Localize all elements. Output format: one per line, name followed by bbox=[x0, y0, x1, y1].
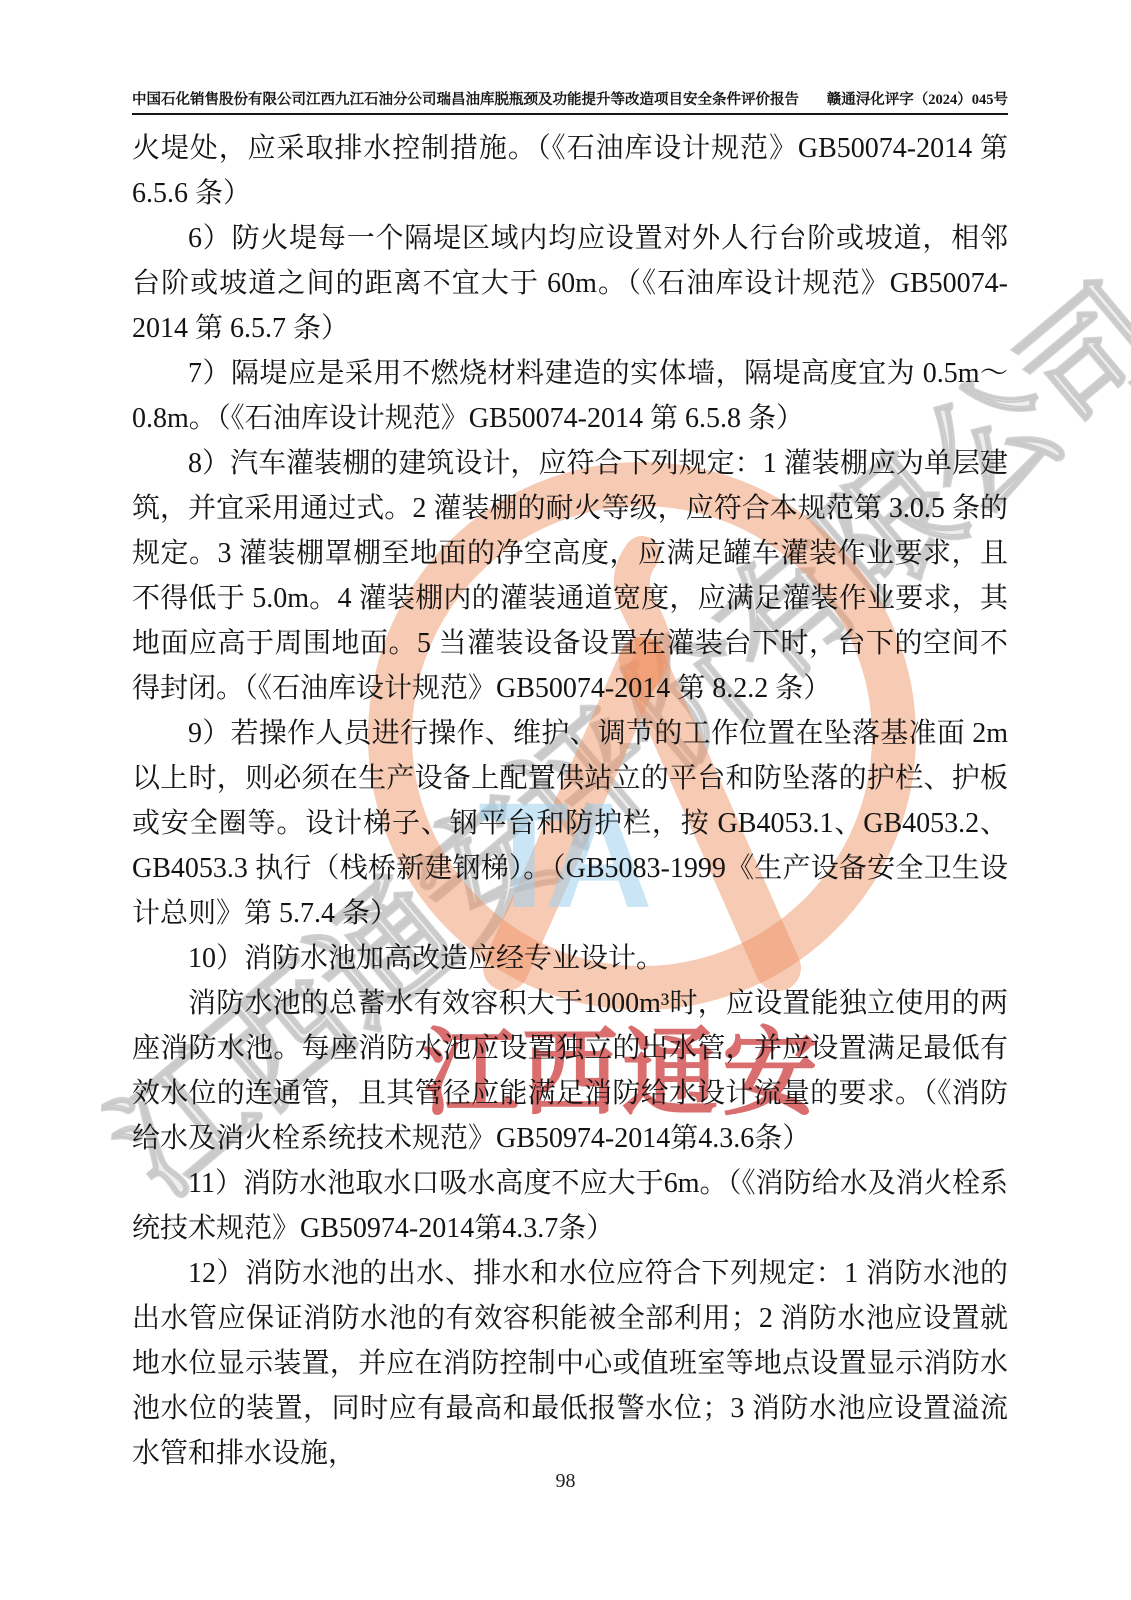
body-paragraph: 火堤处，应采取排水控制措施。（《石油库设计规范》GB50074-2014 第 6… bbox=[132, 126, 1008, 216]
body-paragraph: 10）消防水池加高改造应经专业设计。 bbox=[132, 936, 1008, 981]
body-text: 火堤处，应采取排水控制措施。（《石油库设计规范》GB50074-2014 第 6… bbox=[132, 126, 1008, 1476]
page-header: 中国石化销售股份有限公司江西九江石油分公司瑞昌油库脱瓶颈及功能提升等改造项目安全… bbox=[132, 88, 1008, 115]
header-report-title: 中国石化销售股份有限公司江西九江石油分公司瑞昌油库脱瓶颈及功能提升等改造项目安全… bbox=[132, 88, 799, 109]
report-page: 江西通安评价有限公司 TA 江西通安 中国石化销售股份有限公司江西九江石油分公司… bbox=[0, 0, 1131, 1600]
body-paragraph: 6）防火堤每一个隔堤区域内均应设置对外人行台阶或坡道，相邻台阶或坡道之间的距离不… bbox=[132, 216, 1008, 351]
body-paragraph: 9）若操作人员进行操作、维护、调节的工作位置在坠落基准面 2m 以上时，则必须在… bbox=[132, 711, 1008, 936]
header-doc-number: 赣通浔化评字（2024）045号 bbox=[827, 88, 1008, 109]
body-paragraph: 11）消防水池取水口吸水高度不应大于6m。（《消防给水及消火栓系统技术规范》GB… bbox=[132, 1161, 1008, 1251]
body-paragraph: 8）汽车灌装棚的建筑设计，应符合下列规定：1 灌装棚应为单层建筑，并宜采用通过式… bbox=[132, 441, 1008, 711]
body-paragraph: 消防水池的总蓄水有效容积大于1000m³时，应设置能独立使用的两座消防水池。每座… bbox=[132, 981, 1008, 1161]
page-number: 98 bbox=[0, 1470, 1131, 1493]
body-paragraph: 7）隔堤应是采用不燃烧材料建造的实体墙，隔堤高度宜为 0.5m～0.8m。（《石… bbox=[132, 351, 1008, 441]
body-paragraph: 12）消防水池的出水、排水和水位应符合下列规定：1 消防水池的出水管应保证消防水… bbox=[132, 1251, 1008, 1476]
